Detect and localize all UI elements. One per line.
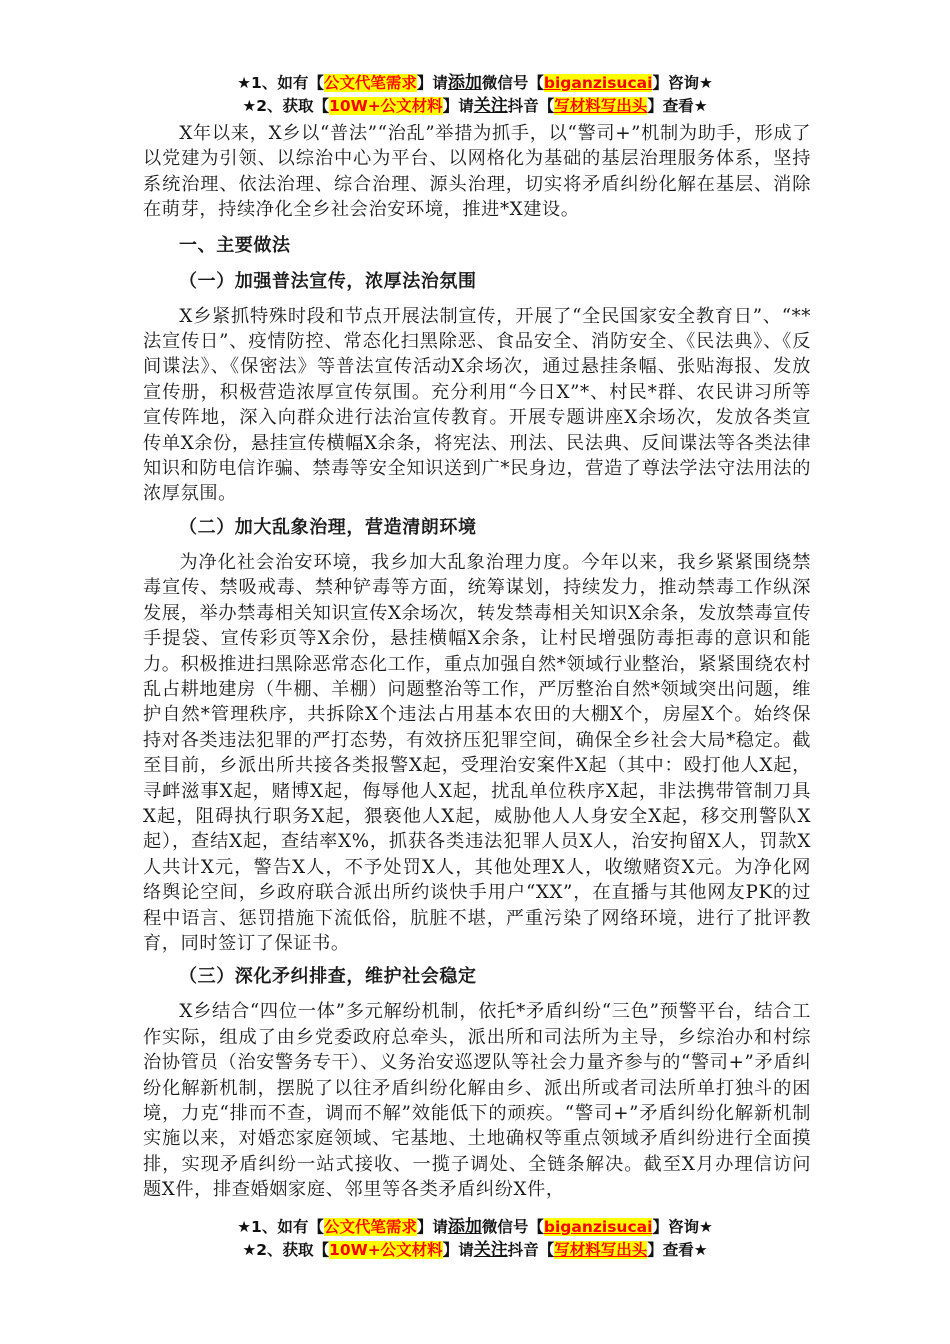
- promo-text: 微信号【: [482, 74, 544, 92]
- douyin-account-link[interactable]: 写材料写出头: [554, 1241, 647, 1259]
- promo-text: 】请: [443, 1241, 474, 1259]
- subsection-2-paragraph: 为净化社会治安环境，我乡加大乱象治理力度。今年以来，我乡紧紧围绕禁毒宣传、禁吸戒…: [143, 550, 811, 957]
- subsection-1-paragraph: X乡紧抓特殊时段和节点开展法制宣传，开展了“全民国家安全教育日”、“**法宣传日…: [143, 304, 811, 507]
- promo-text: 】请: [417, 1218, 448, 1236]
- promo-text: 】咨询★: [652, 74, 712, 92]
- promo-emphasis: 添加: [448, 73, 482, 93]
- promo-text: 】请: [443, 97, 474, 115]
- promo-emphasis: 添加: [448, 1217, 482, 1237]
- promo-line-1: ★1、如有【公文代笔需求】请添加微信号【biganzisucai】咨询★: [0, 1216, 950, 1239]
- promo-text: ★2、获取【: [242, 97, 329, 115]
- subsection-heading-2: （二）加大乱象治理，营造清朗环境: [143, 515, 811, 540]
- promo-text: 抖音【: [508, 1241, 555, 1259]
- promo-text: ★1、如有【: [237, 74, 324, 92]
- promo-highlight: 公文代笔需求: [324, 1218, 417, 1236]
- promo-highlight: 公文代笔需求: [324, 74, 417, 92]
- douyin-account-link[interactable]: 写材料写出头: [554, 97, 647, 115]
- promo-text: ★1、如有【: [237, 1218, 324, 1236]
- subsection-heading-1: （一）加强普法宣传，浓厚法治氛围: [143, 269, 811, 294]
- promo-highlight: 10W+公文材料: [329, 97, 443, 115]
- document-body: X年以来，X乡以“普法”“治乱”举措为抓手，以“警司+”机制为助手，形成了以党建…: [143, 121, 811, 1203]
- promo-text: 】咨询★: [652, 1218, 712, 1236]
- promo-line-2: ★2、获取【10W+公文材料】请关注抖音【写材料写出头】查看★: [0, 1239, 950, 1262]
- wechat-id-link[interactable]: biganzisucai: [544, 74, 653, 92]
- wechat-id-link[interactable]: biganzisucai: [544, 1218, 653, 1236]
- promo-text: 】查看★: [647, 1241, 707, 1259]
- promo-line-2: ★2、获取【10W+公文材料】请关注抖音【写材料写出头】查看★: [0, 95, 950, 118]
- promo-line-1: ★1、如有【公文代笔需求】请添加微信号【biganzisucai】咨询★: [0, 72, 950, 95]
- subsection-3-paragraph: X乡结合“四位一体”多元解纷机制，依托*矛盾纠纷“三色”预警平台，结合工作实际，…: [143, 999, 811, 1202]
- promo-banner-bottom: ★1、如有【公文代笔需求】请添加微信号【biganzisucai】咨询★ ★2、…: [0, 1216, 950, 1262]
- promo-banner-top: ★1、如有【公文代笔需求】请添加微信号【biganzisucai】咨询★ ★2、…: [0, 72, 950, 118]
- section-heading-main-practices: 一、主要做法: [143, 233, 811, 258]
- promo-emphasis: 关注: [474, 1240, 508, 1260]
- promo-text: 抖音【: [508, 97, 555, 115]
- promo-highlight: 10W+公文材料: [329, 1241, 443, 1259]
- subsection-heading-3: （三）深化矛纠排查，维护社会稳定: [143, 964, 811, 989]
- promo-text: 微信号【: [482, 1218, 544, 1236]
- promo-text: 】查看★: [647, 97, 707, 115]
- promo-text: ★2、获取【: [242, 1241, 329, 1259]
- promo-emphasis: 关注: [474, 96, 508, 116]
- promo-text: 】请: [417, 74, 448, 92]
- intro-paragraph: X年以来，X乡以“普法”“治乱”举措为抓手，以“警司+”机制为助手，形成了以党建…: [143, 121, 811, 223]
